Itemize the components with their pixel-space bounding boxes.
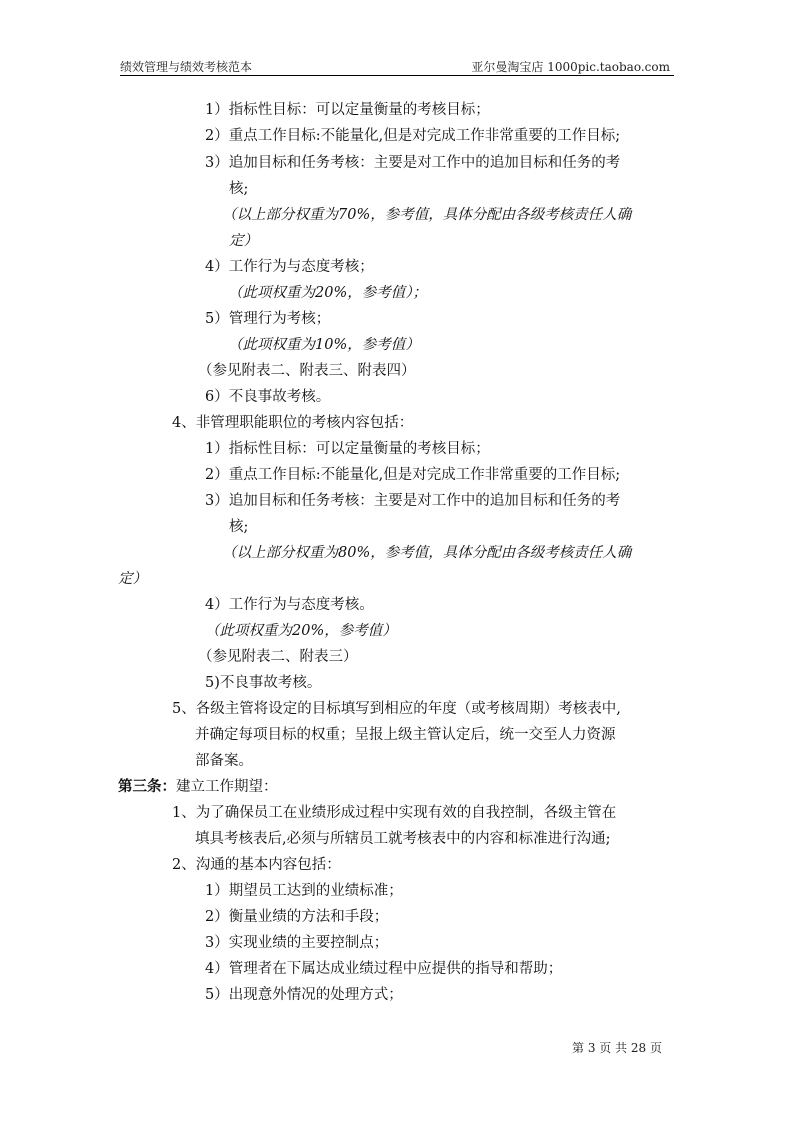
line-text: 2）衡量业绩的方法和手段； [205, 909, 388, 925]
line-text: 核; [229, 181, 248, 197]
text-line: 并确定每项目标的权重；呈报上级主管认定后，统一交至人力资源 [195, 725, 616, 745]
text-line: 4、非管理职能职位的考核内容包括： [172, 413, 413, 433]
line-text: （以上部分权重为70%，参考值，具体分配由各级考核责任人确 [222, 207, 631, 223]
text-line: （参见附表二、附表三） [198, 647, 358, 667]
line-text: 1）指标性目标：可以定量衡量的考核目标； [205, 102, 490, 118]
text-line: （此项权重为10%，参考值） [228, 335, 420, 355]
text-line: 2）衡量业绩的方法和手段； [205, 907, 388, 927]
line-text: 1、为了确保员工在业绩形成过程中实现有效的自我控制，各级主管在 [172, 805, 616, 821]
text-line: 6）不良事故考核。 [205, 387, 330, 407]
text-line: 3）追加目标和任务考核：主要是对工作中的追加目标和任务的考 [205, 153, 620, 173]
line-text: 2）重点工作目标:不能量化,但是对完成工作非常重要的工作目标; [205, 467, 620, 483]
text-line: 4）管理者在下属达成业绩过程中应提供的指导和帮助； [205, 959, 562, 979]
text-line: 填具考核表后,必须与所辖员工就考核表中的内容和标准进行沟通; [195, 829, 611, 849]
page-header: 绩效管理与绩效考核范本 亚尔曼淘宝店 1000pic.taobao.com [120, 58, 674, 76]
line-text: 5）管理行为考核； [205, 311, 330, 327]
text-line: 1）指标性目标：可以定量衡量的考核目标； [205, 439, 490, 459]
text-line: 定） [118, 569, 147, 589]
section-heading: 第三条： [118, 778, 176, 795]
header-divider [120, 75, 674, 76]
text-line: 2）重点工作目标:不能量化,但是对完成工作非常重要的工作目标; [205, 465, 620, 485]
line-text: 5、各级主管将设定的目标填写到相应的年度（或考核周期）考核表中, [172, 701, 621, 717]
line-text: 5)不良事故考核。 [205, 675, 321, 691]
line-text: 定） [118, 571, 147, 587]
text-line: 1）指标性目标：可以定量衡量的考核目标； [205, 100, 490, 120]
text-line: 2）重点工作目标:不能量化,但是对完成工作非常重要的工作目标; [205, 126, 620, 146]
text-line: 1、为了确保员工在业绩形成过程中实现有效的自我控制，各级主管在 [172, 803, 616, 823]
line-text: 4）工作行为与态度考核。 [205, 597, 374, 613]
line-text: 3）追加目标和任务考核：主要是对工作中的追加目标和任务的考 [205, 155, 620, 171]
text-line: 第三条：建立工作期望： [118, 777, 278, 797]
line-text: （参见附表二、附表三、附表四） [198, 363, 416, 379]
line-text: 1）指标性目标：可以定量衡量的考核目标； [205, 441, 490, 457]
line-text: 定） [229, 233, 258, 249]
line-text: （参见附表二、附表三） [198, 649, 358, 665]
text-line: （以上部分权重为70%，参考值，具体分配由各级考核责任人确 [222, 205, 631, 225]
text-line: 定） [229, 231, 258, 251]
text-line: 3）追加目标和任务考核：主要是对工作中的追加目标和任务的考 [205, 491, 620, 511]
line-text: 2、沟通的基本内容包括： [172, 857, 341, 873]
line-text: （此项权重为20%，参考值） [205, 623, 397, 639]
text-line: 1）期望员工达到的业绩标准； [205, 881, 403, 901]
line-text: 核; [229, 519, 248, 535]
header-doc-title: 绩效管理与绩效考核范本 [120, 58, 252, 75]
line-text: 2）重点工作目标:不能量化,但是对完成工作非常重要的工作目标; [205, 128, 620, 144]
line-text: 4、非管理职能职位的考核内容包括： [172, 415, 413, 431]
text-line: 3）实现业绩的主要控制点； [205, 933, 388, 953]
line-text: （此项权重为10%，参考值） [228, 337, 420, 353]
page-number: 第 3 页 共 28 页 [572, 1039, 662, 1056]
line-text: 4）工作行为与态度考核； [205, 259, 374, 275]
line-text: 3）实现业绩的主要控制点； [205, 935, 388, 951]
line-text: 4）管理者在下属达成业绩过程中应提供的指导和帮助； [205, 961, 562, 977]
line-text: 6）不良事故考核。 [205, 389, 330, 405]
text-line: 5）出现意外情况的处理方式； [205, 985, 403, 1005]
text-line: （此项权重为20%，参考值） [205, 621, 397, 641]
text-line: 核; [229, 179, 248, 199]
line-text: 1）期望员工达到的业绩标准； [205, 883, 403, 899]
line-text: 5）出现意外情况的处理方式； [205, 987, 403, 1003]
line-text: 部备案。 [195, 753, 253, 769]
line-text: 并确定每项目标的权重；呈报上级主管认定后，统一交至人力资源 [195, 727, 616, 743]
line-text: 填具考核表后,必须与所辖员工就考核表中的内容和标准进行沟通; [195, 831, 611, 847]
line-text: （以上部分权重为80%，参考值，具体分配由各级考核责任人确 [222, 545, 631, 561]
text-line: （以上部分权重为80%，参考值，具体分配由各级考核责任人确 [222, 543, 631, 563]
text-line: 2、沟通的基本内容包括： [172, 855, 341, 875]
line-text: （此项权重为20%，参考值）； [228, 285, 427, 301]
text-line: 4）工作行为与态度考核。 [205, 595, 374, 615]
line-text: 建立工作期望： [176, 779, 278, 795]
text-line: 4）工作行为与态度考核； [205, 257, 374, 277]
text-line: 部备案。 [195, 751, 253, 771]
text-line: 5)不良事故考核。 [205, 673, 321, 693]
text-line: （参见附表二、附表三、附表四） [198, 361, 416, 381]
text-line: 核; [229, 517, 248, 537]
text-line: （此项权重为20%，参考值）； [228, 283, 427, 303]
line-text: 3）追加目标和任务考核：主要是对工作中的追加目标和任务的考 [205, 493, 620, 509]
text-line: 5、各级主管将设定的目标填写到相应的年度（或考核周期）考核表中, [172, 699, 621, 719]
text-line: 5）管理行为考核； [205, 309, 330, 329]
header-source: 亚尔曼淘宝店 1000pic.taobao.com [471, 58, 670, 75]
